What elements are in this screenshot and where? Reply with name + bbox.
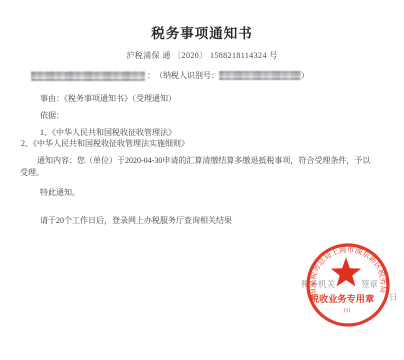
redacted-taxpayer-name-block	[31, 71, 145, 81]
document-number: 沪税浦保 通 〔2020〕 1588218114324 号	[0, 50, 404, 61]
notification-content-paragraph: 通知内容：您（单位）于2020-04-30申请的汇算清缴结算多缴退抵税事项，符合…	[20, 155, 372, 178]
official-seal-graphic: 国家税务总局上海市浦东新区税务局 税收业务专用章 (1)	[305, 242, 391, 328]
footer-note: 请于20个工作日后，登录网上办税服务厅查询相关结果	[40, 215, 232, 226]
official-seal: 国家税务总局上海市浦东新区税务局 税收业务专用章 (1)	[305, 242, 391, 328]
document-title: 税务事项通知书	[0, 22, 404, 42]
basis-item-1: 1、《中华人民共和国税收征收管理法》	[40, 127, 176, 138]
subject-line: 事由：《税务事项通知书》（受理通知）	[40, 93, 176, 104]
basis-item-2: 2、《中华人民共和国税收征收管理法实施细则》	[21, 138, 189, 149]
redacted-taxpayer-id-block	[219, 71, 301, 80]
addressee-separator: ：	[147, 70, 155, 81]
seal-star-icon	[331, 258, 361, 287]
seal-number: (1)	[344, 307, 351, 314]
seal-banner-text: 税收业务专用章	[309, 293, 374, 304]
addressee-close-paren: ）	[301, 70, 309, 81]
closing-line: 特此通知。	[40, 187, 80, 198]
taxpayer-id-label: （纳税人识别号：	[155, 70, 219, 81]
basis-label: 依据：	[40, 110, 64, 121]
addressee-line: ： （纳税人识别号： ）	[31, 70, 309, 81]
